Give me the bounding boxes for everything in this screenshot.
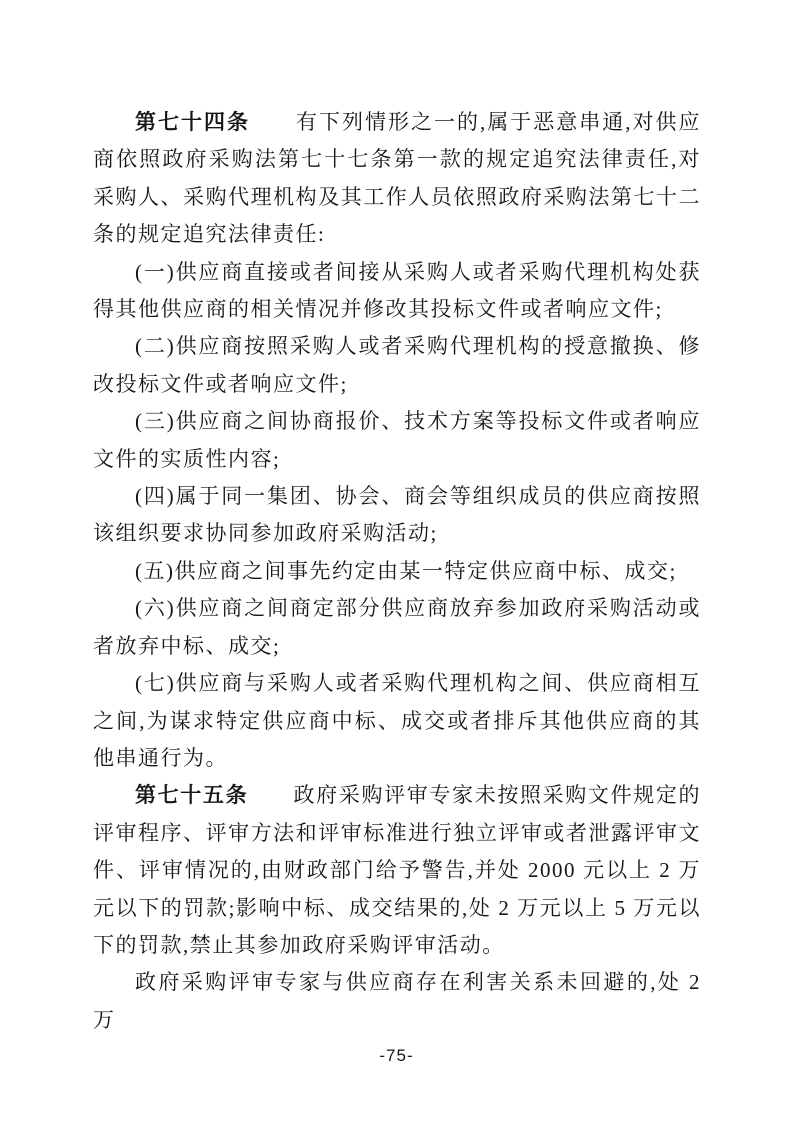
list-item-7: (七)供应商与采购人或者采购代理机构之间、供应商相互之间,为谋求特定供应商中标、…	[93, 665, 701, 777]
document-body: 第七十四条 有下列情形之一的,属于恶意串通,对供应商依照政府采购法第七十七条第一…	[93, 104, 701, 1039]
paragraph-text: (六)供应商之间商定部分供应商放弃参加政府采购活动或者放弃中标、成交;	[93, 596, 701, 657]
list-item-1: (一)供应商直接或者间接从采购人或者采购代理机构处获得其他供应商的相关情况并修改…	[93, 254, 701, 329]
paragraph-text: (一)供应商直接或者间接从采购人或者采购代理机构处获得其他供应商的相关情况并修改…	[93, 260, 701, 321]
page-number: -75-	[0, 1046, 793, 1066]
paragraph-text: (七)供应商与采购人或者采购代理机构之间、供应商相互之间,为谋求特定供应商中标、…	[93, 671, 701, 770]
paragraph-text: (二)供应商按照采购人或者采购代理机构的授意撤换、修改投标文件或者响应文件;	[93, 334, 701, 395]
article-number-label: 第七十五条	[135, 784, 248, 807]
list-item-5: (五)供应商之间事先约定由某一特定供应商中标、成交;	[93, 553, 701, 590]
paragraph-text: (四)属于同一集团、协会、商会等组织成员的供应商按照该组织要求协同参加政府采购活…	[93, 484, 701, 545]
continuation-paragraph: 政府采购评审专家与供应商存在利害关系未回避的,处 2 万	[93, 964, 701, 1039]
article-75-paragraph: 第七十五条 政府采购评审专家未按照采购文件规定的评审程序、评审方法和评审标准进行…	[93, 777, 701, 964]
document-page: 第七十四条 有下列情形之一的,属于恶意串通,对供应商依照政府采购法第七十七条第一…	[0, 0, 793, 1122]
article-74-paragraph: 第七十四条 有下列情形之一的,属于恶意串通,对供应商依照政府采购法第七十七条第一…	[93, 104, 701, 254]
list-item-4: (四)属于同一集团、协会、商会等组织成员的供应商按照该组织要求协同参加政府采购活…	[93, 478, 701, 553]
paragraph-text: 政府采购评审专家与供应商存在利害关系未回避的,处 2 万	[93, 970, 701, 1031]
list-item-2: (二)供应商按照采购人或者采购代理机构的授意撤换、修改投标文件或者响应文件;	[93, 328, 701, 403]
list-item-6: (六)供应商之间商定部分供应商放弃参加政府采购活动或者放弃中标、成交;	[93, 590, 701, 665]
paragraph-text: (三)供应商之间协商报价、技术方案等投标文件或者响应文件的实质性内容;	[93, 409, 701, 470]
paragraph-text: (五)供应商之间事先约定由某一特定供应商中标、成交;	[135, 559, 677, 583]
article-number-label: 第七十四条	[135, 111, 250, 134]
paragraph-text: 政府采购评审专家未按照采购文件规定的评审程序、评审方法和评审标准进行独立评审或者…	[93, 783, 701, 957]
list-item-3: (三)供应商之间协商报价、技术方案等投标文件或者响应文件的实质性内容;	[93, 403, 701, 478]
